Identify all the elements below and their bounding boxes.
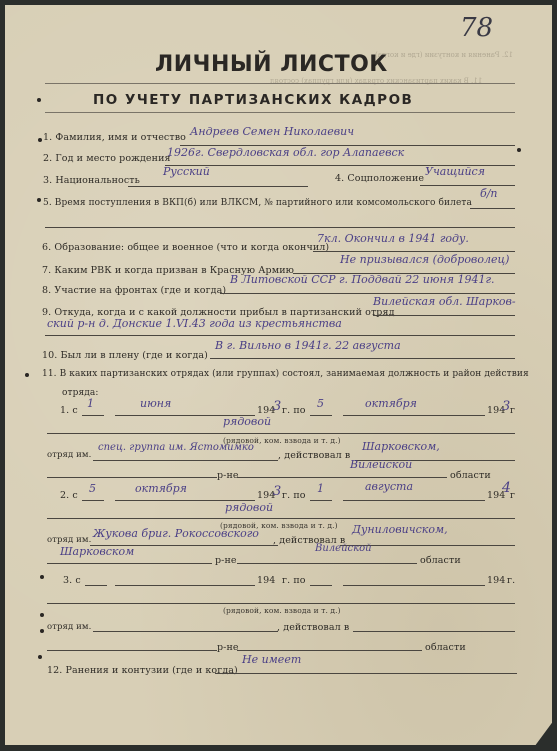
entry-3-from-year: 194 (257, 575, 275, 586)
page-title: ЛИЧНЫЙ ЛИСТОК (155, 52, 388, 77)
entry-2-district-label: р-не (215, 555, 237, 566)
entry-3-acted-label: , действовал в (277, 622, 349, 633)
page-number: 78 (460, 13, 493, 43)
entry-1-acted-label: , действовал в (278, 450, 350, 461)
field-8-value: В Литовской ССР г. Поддвай 22 июня 1941г… (230, 273, 495, 286)
field-3-value: Русский (163, 165, 210, 178)
field-12-value: Не имеет (242, 653, 301, 666)
field-3-label: 3. Национальность (43, 175, 140, 186)
entry-2-year-suffix: г (510, 490, 515, 501)
entry-3-to-label: г. по (282, 575, 306, 586)
entry-3-district-label: р-не (217, 642, 239, 653)
entry-3-year-suffix: г. (507, 575, 515, 586)
entry-3-num: 3. с (63, 575, 81, 586)
field-2-value: 1926г. Свердловская обл. гор Алапаевск (167, 146, 404, 159)
field-6-label: 6. Образование: общее и военное (что и к… (42, 242, 329, 253)
field-6-value: 7кл. Окончил в 1941 году. (317, 232, 469, 245)
entry-3-to-year: 194 (487, 575, 505, 586)
entry-1-acted-in: Шарковском, (362, 440, 440, 453)
field-8-label: 8. Участие на фронтах (где и когда) (42, 285, 226, 296)
entry-1-from-day: 1 (87, 397, 94, 410)
field-1-label: 1. Фамилия, имя и отчество (43, 132, 186, 143)
field-12-label: 12. Ранения и контузии (где и когда) (47, 665, 238, 676)
bleed-through-text: 12. Ранения и контузии (где и когда) (375, 51, 513, 59)
entry-2-from-month: октября (135, 482, 187, 495)
field-11-label: 11. В каких партизанских отрядах (или гр… (42, 369, 529, 379)
entry-1-from-month: июня (140, 397, 171, 410)
field-2-label: 2. Год и место рождения (43, 153, 171, 164)
entry-2-acted-in: Дуниловичском, (352, 523, 448, 536)
entry-2-num: 2. с (60, 490, 78, 501)
entry-2-detachment: Жукова бриг. Рокоссовского (93, 527, 259, 540)
entry-2-from-day: 5 (89, 482, 96, 495)
entry-2-to-month: августа (365, 480, 413, 493)
field-4-label: 4. Соцположение (335, 173, 424, 184)
entry-1-from-year-digit: 3 (273, 399, 281, 414)
field-10-value: В г. Вильно в 1941г. 22 августа (215, 339, 401, 352)
entry-2-to-day: 1 (317, 482, 324, 495)
entry-3-detachment-label: отряд им. (47, 622, 91, 632)
entry-1-detachment-label: отряд им. (47, 450, 91, 460)
field-1-value: Андреев Семен Николаевич (190, 125, 354, 138)
field-9-value-line1: Вилейская обл. Шарков- (373, 295, 516, 308)
entry-2-to-label: г. по (282, 490, 306, 501)
field-5-label: 5. Время поступления в ВКП(б) или ВЛКСМ,… (43, 198, 472, 208)
entry-1-detachment: спец. группа им. Ястомимко (98, 442, 254, 453)
entry-1-region-label: области (450, 470, 491, 481)
entry-1-to-day: 5 (317, 397, 324, 410)
field-10-label: 10. Был ли в плену (где и когда) (42, 350, 208, 361)
field-5-value: б/п (480, 187, 498, 200)
entry-1-num: 1. с (60, 405, 78, 416)
entry-3-position-hint: (рядовой, ком. взвода и т. д.) (223, 606, 341, 615)
field-4-value: Учащийся (425, 165, 485, 178)
document-page: 12. Ранения и контузии (где и когда) 11.… (5, 5, 552, 745)
entry-2-detachment-label: отряд им. (47, 535, 91, 545)
entry-1-position: рядовой (223, 415, 271, 428)
entry-2-region: Вилейской (315, 543, 372, 554)
entry-2-district: Шарковском (60, 545, 134, 558)
page-subtitle: ПО УЧЕТУ ПАРТИЗАНСКИХ КАДРОВ (93, 92, 413, 108)
entry-1-district-label: р-не (217, 470, 239, 481)
entry-1-region: Вилейской (350, 458, 412, 471)
entry-3-region-label: области (425, 642, 466, 653)
entry-2-region-label: области (420, 555, 461, 566)
entry-2-position: рядовой (225, 501, 273, 514)
field-9-value-line2: ский р-н д. Донские 1.VI.43 года из крес… (47, 317, 342, 330)
entry-1-to-label: г. по (282, 405, 306, 416)
field-7-value: Не призывался (доброволец) (340, 253, 509, 266)
entry-1-year-suffix: г (510, 405, 515, 416)
entry-1-to-month: октября (365, 397, 417, 410)
entry-2-from-year-digit: 3 (273, 484, 281, 499)
